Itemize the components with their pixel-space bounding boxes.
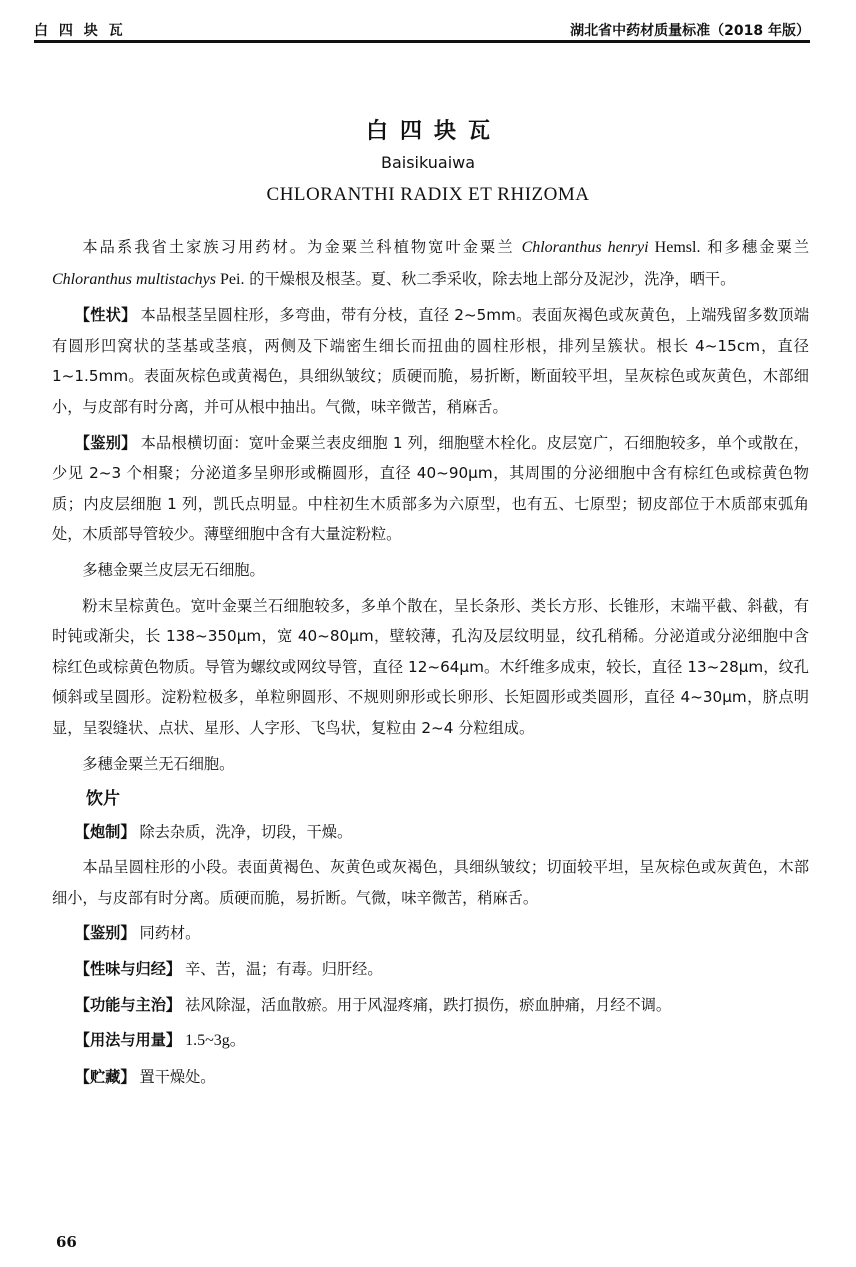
section-label-storage: 【贮藏】 [75,1068,136,1086]
section-label-characters: 【性状】 [75,306,137,324]
section-label-slices-identification: 【鉴别】 [75,924,136,942]
monograph-title-latin: CHLORANTHI RADIX ET RHIZOMA [0,184,856,206]
section-text-storage: 置干燥处。 [140,1068,216,1086]
subheading-prepared-slices: 饮片 [52,784,809,815]
header-book-title: 湖北省中药材质量标准（2018 年版） [570,20,810,40]
section-text-actions-indications: 祛风除湿，活血散瘀。用于风湿疼痛，跌打损伤，瘀血肿痛，月经不调。 [185,996,671,1014]
identification-paragraph-2: 多穗金粟兰皮层无石细胞。 [52,555,809,586]
intro-text-c: 的干燥根及根茎。夏、秋二季采收，除去地上部分及泥沙，洗净，晒干。 [244,270,735,288]
header-drug-name: 白 四 块 瓦 [34,20,126,40]
intro-paragraph: 本品系我省土家族习用药材。为金粟兰科植物宽叶金粟兰 Chloranthus he… [52,232,809,295]
section-text-processing: 除去杂质，洗净，切段，干燥。 [140,823,353,841]
monograph-body: 本品系我省土家族习用药材。为金粟兰科植物宽叶金粟兰 Chloranthus he… [52,232,809,1097]
section-text-characters: 本品根茎呈圆柱形，多弯曲，带有分枝，直径 2~5mm。表面灰褐色或灰黄色，上端残… [52,306,809,416]
section-label-dosage: 【用法与用量】 [75,1031,181,1049]
section-text-identification: 本品根横切面：宽叶金粟兰表皮细胞 1 列，细胞壁木栓化。皮层宽广，石细胞较多，单… [52,434,809,544]
identification-paragraph-powder: 粉末呈棕黄色。宽叶金粟兰石细胞较多，多单个散在，呈长条形、类长方形、长锥形，末端… [52,591,809,744]
intro-text-a: 本品系我省土家族习用药材。为金粟兰科植物宽叶金粟兰 [82,238,521,256]
identification-paragraph-4: 多穗金粟兰无石细胞。 [52,749,809,780]
section-dosage: 【用法与用量】1.5~3g。 [52,1025,809,1057]
section-label-actions-indications: 【功能与主治】 [75,996,181,1014]
section-processing: 【炮制】除去杂质，洗净，切段，干燥。 [52,817,809,848]
page-number: 66 [56,1233,77,1251]
section-property-meridian: 【性味与归经】辛、苦，温；有毒。归肝经。 [52,954,809,985]
running-header: 白 四 块 瓦 湖北省中药材质量标准（2018 年版） [34,14,810,40]
section-characters: 【性状】本品根茎呈圆柱形，多弯曲，带有分枝，直径 2~5mm。表面灰褐色或灰黄色… [52,300,809,422]
intro-text-b: 和多穗金粟兰 [700,238,809,256]
section-slices-identification: 【鉴别】同药材。 [52,918,809,949]
section-label-property-meridian: 【性味与归经】 [75,960,181,978]
author-pei: Pei. [216,271,244,288]
header-rule [34,40,810,43]
section-label-identification: 【鉴别】 [75,434,137,452]
section-actions-indications: 【功能与主治】祛风除湿，活血散瘀。用于风湿疼痛，跌打损伤，瘀血肿痛，月经不调。 [52,990,809,1021]
monograph-title-pinyin: Baisikuaiwa [0,153,856,172]
section-text-slices-identification: 同药材。 [140,924,201,942]
section-text-dosage: 1.5~3g。 [185,1032,246,1049]
section-label-processing: 【炮制】 [75,823,136,841]
species-name-henryi: Chloranthus henryi [522,239,649,256]
species-name-multistachys: Chloranthus multistachys [52,271,216,288]
author-hemsl: Hemsl. [649,239,701,256]
section-storage: 【贮藏】置干燥处。 [52,1062,809,1093]
slices-description: 本品呈圆柱形的小段。表面黄褐色、灰黄色或灰褐色，具细纵皱纹；切面较平坦，呈灰棕色… [52,852,809,913]
monograph-title-chinese: 白四块瓦 [0,114,856,145]
section-text-property-meridian: 辛、苦，温；有毒。归肝经。 [185,960,382,978]
section-identification: 【鉴别】本品根横切面：宽叶金粟兰表皮细胞 1 列，细胞壁木栓化。皮层宽广，石细胞… [52,428,809,550]
